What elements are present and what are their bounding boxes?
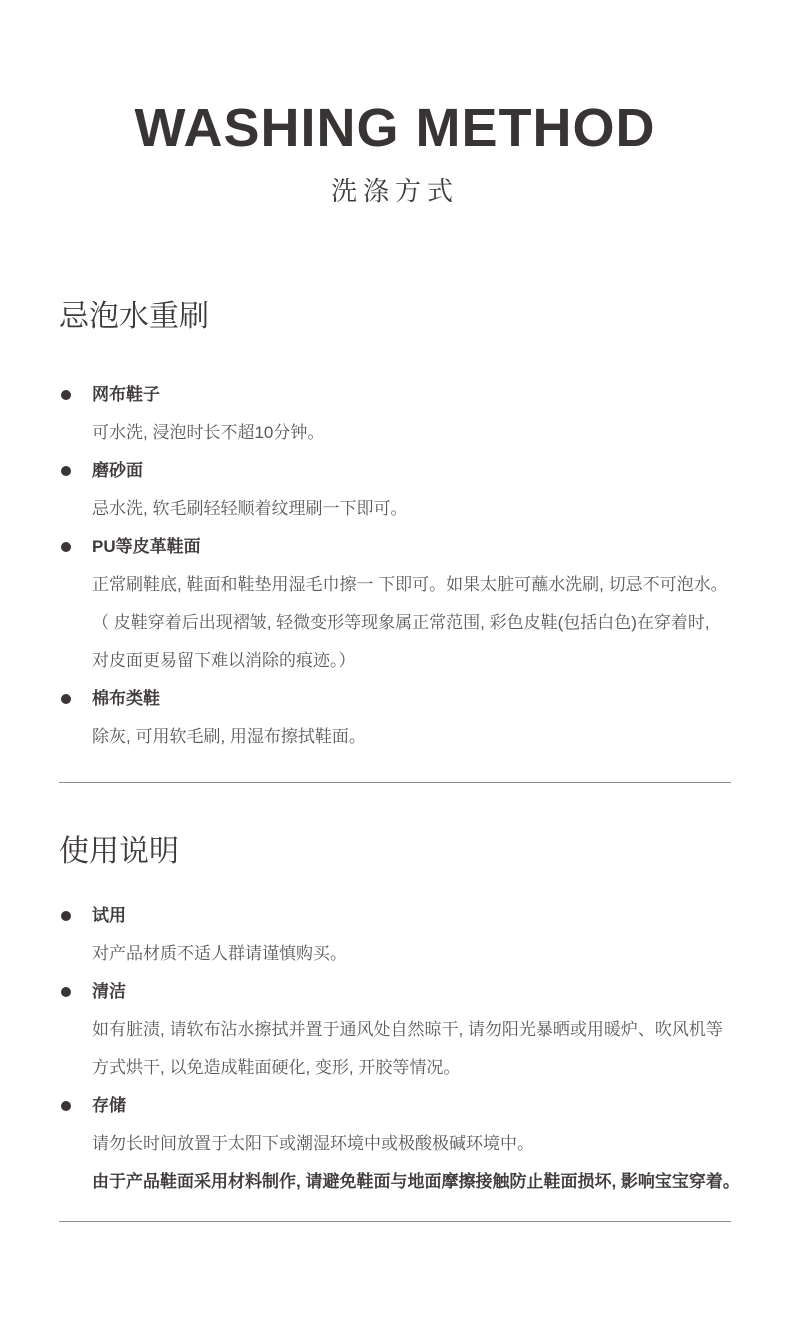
bullet-dot-icon xyxy=(61,466,71,476)
bullet-dot-icon xyxy=(61,1101,71,1111)
page-header: WASHING METHOD 洗涤方式 xyxy=(0,0,790,206)
section-usage-instructions: 使用说明 试用 对产品材质不适人群请谨慎购买。 清洁 如有脏渍, 请软布沾水擦拭… xyxy=(59,783,731,1201)
item-text: 正常刷鞋底, 鞋面和鞋垫用湿毛巾擦一 下即可。如果太脏可蘸水洗刷, 切忌不可泡水… xyxy=(92,566,731,604)
list-item: 试用 对产品材质不适人群请谨慎购买。 xyxy=(59,897,731,973)
section-heading: 使用说明 xyxy=(59,783,731,869)
item-label: 棉布类鞋 xyxy=(92,680,731,718)
bullet-dot-icon xyxy=(61,987,71,997)
list-item: 棉布类鞋 除灰, 可用软毛刷, 用湿布擦拭鞋面。 xyxy=(59,680,731,756)
item-label: 存储 xyxy=(92,1087,731,1125)
list-item: 网布鞋子 可水洗, 浸泡时长不超10分钟。 xyxy=(59,376,731,452)
list-item: 清洁 如有脏渍, 请软布沾水擦拭并置于通风处自然晾干, 请勿阳光暴晒或用暖炉、吹… xyxy=(59,973,731,1087)
care-instructions-page: WASHING METHOD 洗涤方式 忌泡水重刷 网布鞋子 可水洗, 浸泡时长… xyxy=(0,0,790,1323)
bullet-dot-icon xyxy=(61,694,71,704)
bullet-dot-icon xyxy=(61,911,71,921)
item-label: 试用 xyxy=(92,897,731,935)
item-text: 忌水洗, 软毛刷轻轻顺着纹理刷一下即可。 xyxy=(92,490,731,528)
list-item: PU等皮革鞋面 正常刷鞋底, 鞋面和鞋垫用湿毛巾擦一 下即可。如果太脏可蘸水洗刷… xyxy=(59,528,731,680)
item-label: 清洁 xyxy=(92,973,731,1011)
bullet-dot-icon xyxy=(61,542,71,552)
item-bold-note: 由于产品鞋面采用材料制作, 请避免鞋面与地面摩擦接触防止鞋面损坏, 影响宝宝穿着… xyxy=(92,1163,731,1201)
item-label: 网布鞋子 xyxy=(92,376,731,414)
list-item: 存储 请勿长时间放置于太阳下或潮湿环境中或极酸极碱环境中。 由于产品鞋面采用材料… xyxy=(59,1087,731,1201)
item-text: （ 皮鞋穿着后出现褶皱, 轻微变形等现象属正常范围, 彩色皮鞋(包括白色)在穿着… xyxy=(92,604,731,680)
bottom-divider xyxy=(59,1221,731,1222)
bullet-dot-icon xyxy=(61,390,71,400)
section-heading: 忌泡水重刷 xyxy=(59,206,731,334)
page-content: 忌泡水重刷 网布鞋子 可水洗, 浸泡时长不超10分钟。 磨砂面 忌水洗, 软毛刷… xyxy=(0,206,790,1222)
item-text: 对产品材质不适人群请谨慎购买。 xyxy=(92,935,731,973)
section-washing-rules: 忌泡水重刷 网布鞋子 可水洗, 浸泡时长不超10分钟。 磨砂面 忌水洗, 软毛刷… xyxy=(59,206,731,756)
item-text: 如有脏渍, 请软布沾水擦拭并置于通风处自然晾干, 请勿阳光暴晒或用暖炉、吹风机等… xyxy=(92,1011,731,1087)
item-label: PU等皮革鞋面 xyxy=(92,528,731,566)
item-text: 除灰, 可用软毛刷, 用湿布擦拭鞋面。 xyxy=(92,718,731,756)
page-subtitle: 洗涤方式 xyxy=(0,176,790,206)
item-label: 磨砂面 xyxy=(92,452,731,490)
page-title: WASHING METHOD xyxy=(0,102,790,154)
item-text: 请勿长时间放置于太阳下或潮湿环境中或极酸极碱环境中。 xyxy=(92,1125,731,1163)
item-text: 可水洗, 浸泡时长不超10分钟。 xyxy=(92,414,731,452)
list-item: 磨砂面 忌水洗, 软毛刷轻轻顺着纹理刷一下即可。 xyxy=(59,452,731,528)
